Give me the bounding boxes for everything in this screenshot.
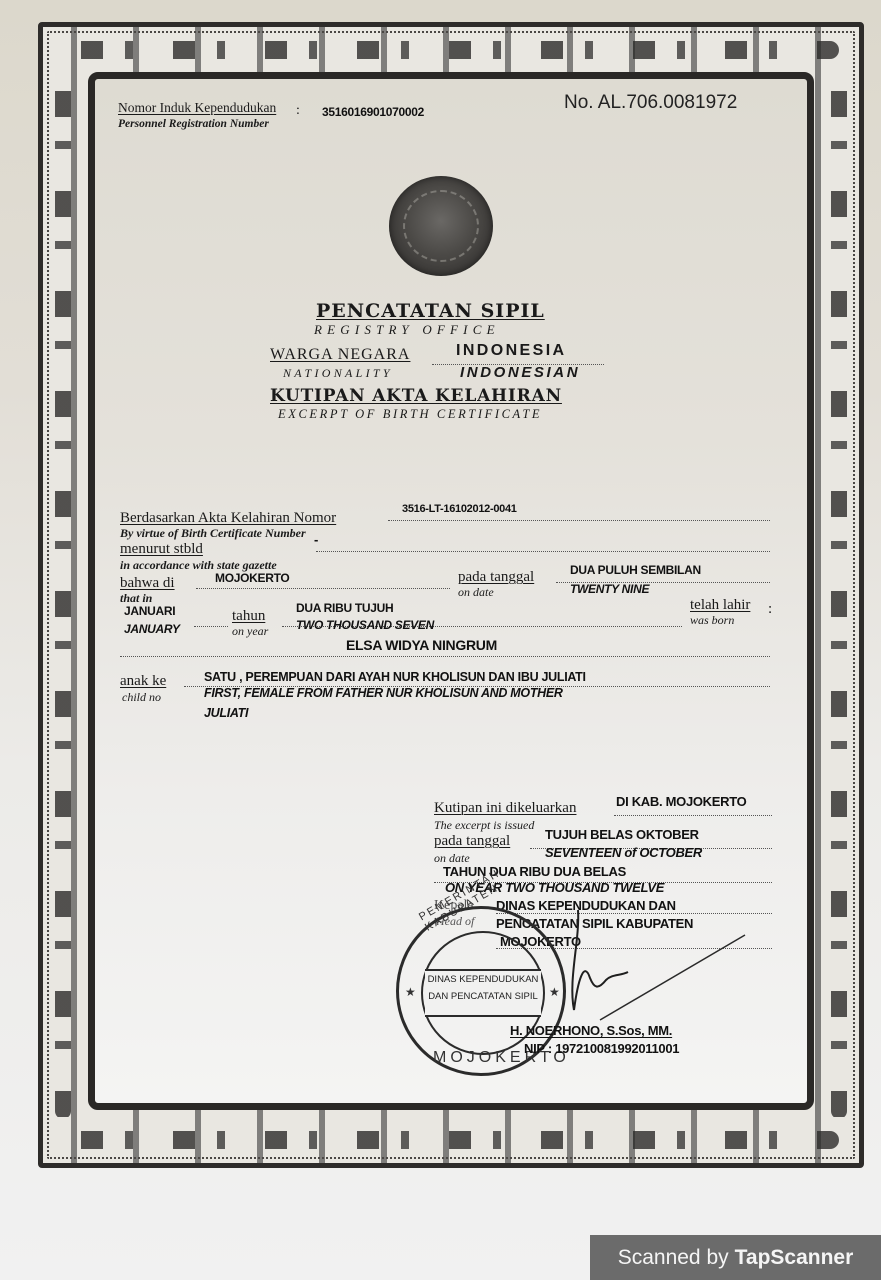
stbld-label: menurut stbld <box>120 541 203 558</box>
nik-colon: : <box>296 103 300 119</box>
signature-icon <box>540 900 760 1030</box>
document-title-en: EXCERPT OF BIRTH CERTIFICATE <box>278 407 542 422</box>
star-icon: ★ <box>405 985 416 1000</box>
child-no-label-en: child no <box>122 690 161 705</box>
document-title: KUTIPAN AKTA KELAHIRAN <box>270 386 562 406</box>
serial-number: No. AL.706.0081972 <box>564 92 737 114</box>
nationality-value-en: INDONESIAN <box>460 364 580 381</box>
child-no-value-en-2: JULIATI <box>204 706 248 720</box>
date-label-en: on date <box>458 585 494 600</box>
cert-number-value: 3516-LT-16102012-0041 <box>402 503 517 515</box>
child-no-value-en-1: FIRST, FEMALE FROM FATHER NUR KHOLISUN A… <box>204 686 563 700</box>
birth-month-value: JANUARI <box>124 604 175 618</box>
issued-date-value-en: SEVENTEEN of OCTOBER <box>545 845 702 860</box>
child-no-value: SATU , PEREMPUAN DARI AYAH NUR KHOLISUN … <box>204 670 586 684</box>
birth-date-value: DUA PULUH SEMBILAN <box>570 563 701 577</box>
nationality-value: INDONESIA <box>456 342 567 360</box>
nik-value: 3516016901070002 <box>322 105 424 119</box>
stbld-value: - <box>314 532 318 547</box>
issued-label: Kutipan ini dikeluarkan <box>434 800 576 817</box>
date-label: pada tanggal <box>458 569 534 586</box>
border-ornament-right <box>831 71 847 1119</box>
birth-month-value-en: JANUARY <box>124 622 180 636</box>
birth-date-value-en: TWENTY NINE <box>570 582 649 596</box>
issued-date-label: pada tanggal <box>434 833 510 850</box>
office-title-en: REGISTRY OFFICE <box>314 322 500 338</box>
born-label-en: was born <box>690 613 734 628</box>
issued-date-value: TUJUH BELAS OKTOBER <box>545 827 699 842</box>
nik-label: Nomor Induk Kependudukan <box>118 100 276 116</box>
year-label-en: on year <box>232 624 268 639</box>
watermark-brand: TapScanner <box>735 1246 854 1270</box>
official-name: H. NOERHONO, S.Sos, MM. <box>510 1023 672 1038</box>
office-title: PENCATATAN SIPIL <box>316 300 545 322</box>
stamp-center-line1: DINAS KEPENDUDUKAN <box>425 971 541 988</box>
scanner-watermark: Scanned by TapScanner <box>590 1235 881 1280</box>
issued-place-value: DI KAB. MOJOKERTO <box>616 794 746 809</box>
nationality-label-en: NATIONALITY <box>283 366 393 381</box>
national-emblem-icon <box>389 176 493 276</box>
cert-number-label: Berdasarkan Akta Kelahiran Nomor <box>120 510 336 527</box>
border-ornament-top <box>63 41 839 59</box>
place-label: bahwa di <box>120 575 175 592</box>
issued-label-en: The excerpt is issued <box>434 818 534 833</box>
official-nip: NIP : 197210081992011001 <box>524 1041 679 1056</box>
nik-label-en: Personnel Registration Number <box>118 118 269 130</box>
birth-year-value: DUA RIBU TUJUH <box>296 601 393 615</box>
birth-place-value: MOJOKERTO <box>215 571 289 585</box>
watermark-prefix: Scanned by <box>618 1246 729 1270</box>
cert-number-label-en: By virtue of Birth Certificate Number <box>120 526 306 541</box>
stamp-center-line2: DAN PENCATATAN SIPIL <box>425 988 541 1005</box>
nationality-label: WARGA NEGARA <box>270 346 410 364</box>
border-ornament-bottom <box>63 1131 839 1149</box>
born-label: telah lahir <box>690 597 750 614</box>
border-ornament-left <box>55 71 71 1119</box>
born-colon: : <box>768 601 772 618</box>
birth-year-value-en: TWO THOUSAND SEVEN <box>296 618 434 632</box>
child-name: ELSA WIDYA NINGRUM <box>346 637 497 653</box>
year-label: tahun <box>232 608 265 625</box>
child-no-label: anak ke <box>120 673 166 690</box>
